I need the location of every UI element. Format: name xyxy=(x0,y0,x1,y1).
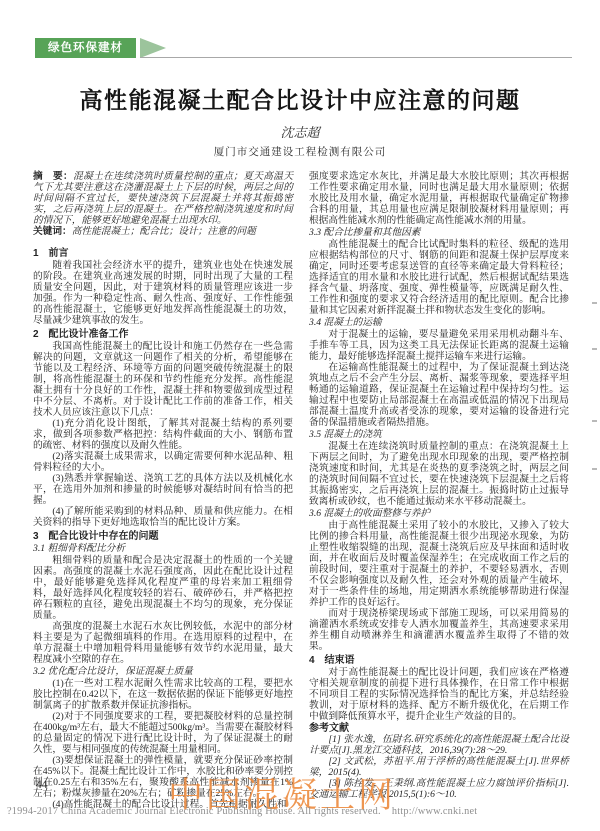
page-title: 高性能混凝土配合比设计中应注意的问题 xyxy=(0,82,600,115)
paragraph: (3)熟悉并掌握输送、浇筑工艺的具体方法以及机械化水平，在选用外加剂和掺量的时候… xyxy=(33,473,293,506)
paragraph-continuation: 强度要求选定水灰比，并满足最大水胶比原则；其次再根据工作性要求确定用水量，同时也… xyxy=(309,171,569,226)
paragraph: 由于高性能混凝土采用了较小的水胶比，又掺入了较大比例的掺合料用量，高性能混凝土很… xyxy=(309,520,569,608)
paragraph: (1)充分消化设计图纸，了解其对混凝土结构的系列要求，做到各项参数严格把控：结构… xyxy=(33,418,293,451)
abstract-label: 摘 要： xyxy=(33,171,73,182)
header-rule xyxy=(140,57,572,58)
section-heading: 2 配比设计准备工作 xyxy=(33,329,293,340)
section-heading: 1 前言 xyxy=(33,248,293,259)
scan-artifact xyxy=(592,468,597,470)
author-name: 沈志超 xyxy=(0,122,600,141)
paragraph: (2)落实混凝土成果需求，以确定需要何种水泥品种、粗骨料粒径的大小。 xyxy=(33,451,293,473)
reference-item: [1] 张水逸，伍尉名.研究系统化的高性能混凝土配合比设计要点[J].黑龙江交通… xyxy=(309,734,569,756)
paragraph: 对于高性能混凝土的配比设计问题，我们应该在严格遵守相关规章制度的前提下进行具体操… xyxy=(309,667,569,722)
article-body: 摘 要：混凝土在连续浇筑时质量控制的重点；夏天高温天气下尤其要注意这在浇灌混凝土… xyxy=(33,171,569,810)
author-affiliation: 厦门市交通建设工程检测有限公司 xyxy=(0,144,600,159)
paragraph: 高性能混凝土的配合比试配时集料的粒径、级配的选用应根据结构部位的尺寸、钢筋的间距… xyxy=(309,239,569,316)
paragraph: 粗细骨料的质量和配合是决定混凝土的性质的一个关键因素。高强度的混凝土水泥石强度高… xyxy=(33,555,293,621)
paragraph: 在运输高性能混凝土的过程中，为了保证混凝土到达浇筑地点之后不会产生分层、离析、漏… xyxy=(309,362,569,428)
subsection-heading: 3.4 混凝土的运输 xyxy=(309,317,569,328)
right-column: 强度要求选定水灰比，并满足最大水胶比原则；其次再根据工作性要求确定用水量，同时也… xyxy=(309,171,569,810)
paragraph: (1)在一些对工程水泥耐久性需求比较高的工程，要把水胶比控制在0.42以下，在这… xyxy=(33,678,293,711)
subsection-heading: 3.1 粗细骨料配比分析 xyxy=(33,543,293,554)
references-heading: 参考文献 xyxy=(309,723,569,734)
page-number: 44 xyxy=(36,779,48,791)
paragraph: 我国高性能混凝土的配比设计和施工仍然存在一些急需解决的问题，文章就这一问题作了相… xyxy=(33,341,293,418)
keywords-label: 关键词： xyxy=(33,226,72,237)
left-column: 摘 要：混凝土在连续浇筑时质量控制的重点；夏天高温天气下尤其要注意这在浇灌混凝土… xyxy=(33,171,293,810)
scan-artifact xyxy=(592,348,597,350)
subsection-heading: 3.2 优化配合比设计，保证混凝土质量 xyxy=(33,666,293,677)
section-heading: 4 结束语 xyxy=(309,655,569,666)
paragraph: 对于混凝土的运输，要尽量避免采用采用机动翻斗车、手推车等工具，因为这类工具无法保… xyxy=(309,329,569,362)
rubric-arrow-icon xyxy=(140,38,166,58)
paragraph: 随着我国社会经济水平的提升，建筑业也处在快速发展的阶段。在建筑业高速发展的时期，… xyxy=(33,260,293,326)
section-heading: 3 配合比设计中存在的问题 xyxy=(33,531,293,542)
journal-page: 绿色环保建材 高性能混凝土配合比设计中应注意的问题 沈志超 厦门市交通建设工程检… xyxy=(0,0,600,831)
paragraph: (4)了解所能采购到的材料品种、质量和供应能力。在相关资料的指导下更好地选取恰当… xyxy=(33,506,293,528)
paragraph: 混凝土在连续浇筑时质量控制的重点：在浇筑混凝土上下两层之间时，为了避免出现水印现… xyxy=(309,441,569,507)
paragraph: (2)对于不同强度要求的工程，要把凝胶材料的总量控制在400kg/m³左右，最大… xyxy=(33,711,293,755)
rubric-badge: 绿色环保建材 xyxy=(35,38,136,58)
subsection-heading: 3.6 混凝土的收面整修与养护 xyxy=(309,508,569,519)
keywords: 关键词：高性能混凝土；配合比；设计；注意的问题 xyxy=(33,226,293,237)
copyright-line: ?1994-2017 China Academic Journal Electr… xyxy=(7,806,597,817)
paragraph: 高强度的混凝土水泥石水灰比例较低，水泥中的部分材料主要是为了起微细填料的作用。在… xyxy=(33,621,293,665)
abstract: 摘 要：混凝土在连续浇筑时质量控制的重点；夏天高温天气下尤其要注意这在浇灌混凝土… xyxy=(33,171,293,226)
paragraph: 而对于现浇桥梁现场或下部施工现场，可以采用简易的滴灌洒水系统或安排专人洒水加覆盖… xyxy=(309,608,569,652)
subsection-heading: 3.3 配合比掺量和其他因素 xyxy=(309,227,569,238)
subsection-heading: 3.5 混凝土的浇筑 xyxy=(309,429,569,440)
scan-artifact xyxy=(592,420,597,422)
scan-artifact xyxy=(592,302,597,304)
